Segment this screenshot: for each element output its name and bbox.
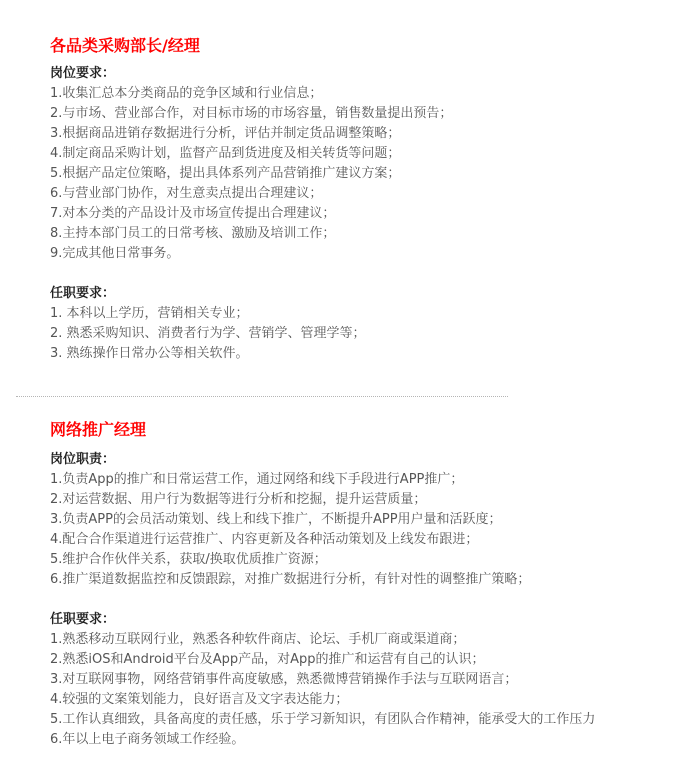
list-item: 1. 本科以上学历，营销相关专业；	[50, 304, 690, 324]
list-item: 6.推广渠道数据监控和反馈跟踪，对推广数据进行分析，有针对性的调整推广策略；	[50, 570, 690, 590]
job-posting-purchasing-manager: 各品类采购部长/经理 岗位要求： 1.收集汇总本分类商品的竞争区域和行业信息； …	[50, 34, 690, 364]
list-item: 1.熟悉移动互联网行业，熟悉各种软件商店、论坛、手机厂商或渠道商；	[50, 630, 690, 650]
list-item: 5.根据产品定位策略，提出具体系列产品营销推广建议方案；	[50, 164, 690, 184]
qualifications-block: 任职要求： 1.熟悉移动互联网行业，熟悉各种软件商店、论坛、手机厂商或渠道商； …	[50, 610, 690, 750]
list-item: 2.与市场、营业部合作，对目标市场的市场容量，销售数量提出预告；	[50, 104, 690, 124]
job-posting-online-marketing-manager: 网络推广经理 岗位职责： 1.负责App的推广和日常运营工作，通过网络和线下手段…	[50, 418, 690, 750]
list-item: 1.收集汇总本分类商品的竞争区域和行业信息；	[50, 84, 690, 104]
list-item: 4.配合合作渠道进行运营推广、内容更新及各种活动策划及上线发布跟进；	[50, 530, 690, 550]
list-item: 3.根据商品进销存数据进行分析，评估并制定货品调整策略；	[50, 124, 690, 144]
list-item: 8.主持本部门员工的日常考核、激励及培训工作；	[50, 224, 690, 244]
section-heading: 任职要求：	[50, 284, 690, 304]
section-heading: 岗位要求：	[50, 64, 690, 84]
list-item: 7.对本分类的产品设计及市场宣传提出合理建议；	[50, 204, 690, 224]
section-heading: 岗位职责：	[50, 450, 690, 470]
section-divider	[16, 396, 508, 397]
requirements-block: 岗位要求： 1.收集汇总本分类商品的竞争区域和行业信息； 2.与市场、营业部合作…	[50, 64, 690, 264]
list-item: 6.年以上电子商务领域工作经验。	[50, 730, 690, 750]
list-item: 5.维护合作伙伴关系，获取/换取优质推广资源；	[50, 550, 690, 570]
responsibilities-block: 岗位职责： 1.负责App的推广和日常运营工作，通过网络和线下手段进行APP推广…	[50, 450, 690, 590]
job-title: 网络推广经理	[50, 418, 690, 442]
list-item: 9.完成其他日常事务。	[50, 244, 690, 264]
section-heading: 任职要求：	[50, 610, 690, 630]
list-item: 5.工作认真细致，具备高度的责任感，乐于学习新知识，有团队合作精神，能承受大的工…	[50, 710, 690, 730]
list-item: 4.较强的文案策划能力，良好语言及文字表达能力；	[50, 690, 690, 710]
list-item: 1.负责App的推广和日常运营工作，通过网络和线下手段进行APP推广；	[50, 470, 690, 490]
list-item: 2. 熟悉采购知识、消费者行为学、营销学、管理学等；	[50, 324, 690, 344]
list-item: 6.与营业部门协作，对生意卖点提出合理建议；	[50, 184, 690, 204]
list-item: 3. 熟练操作日常办公等相关软件。	[50, 344, 690, 364]
list-item: 4.制定商品采购计划，监督产品到货进度及相关转货等问题；	[50, 144, 690, 164]
list-item: 3.负责APP的会员活动策划、线上和线下推广，不断提升APP用户量和活跃度；	[50, 510, 690, 530]
job-title: 各品类采购部长/经理	[50, 34, 690, 58]
list-item: 3.对互联网事物，网络营销事件高度敏感，熟悉微博营销操作手法与互联网语言；	[50, 670, 690, 690]
list-item: 2.熟悉iOS和Android平台及App产品，对App的推广和运营有自己的认识…	[50, 650, 690, 670]
qualifications-block: 任职要求： 1. 本科以上学历，营销相关专业； 2. 熟悉采购知识、消费者行为学…	[50, 284, 690, 364]
list-item: 2.对运营数据、用户行为数据等进行分析和挖掘，提升运营质量；	[50, 490, 690, 510]
